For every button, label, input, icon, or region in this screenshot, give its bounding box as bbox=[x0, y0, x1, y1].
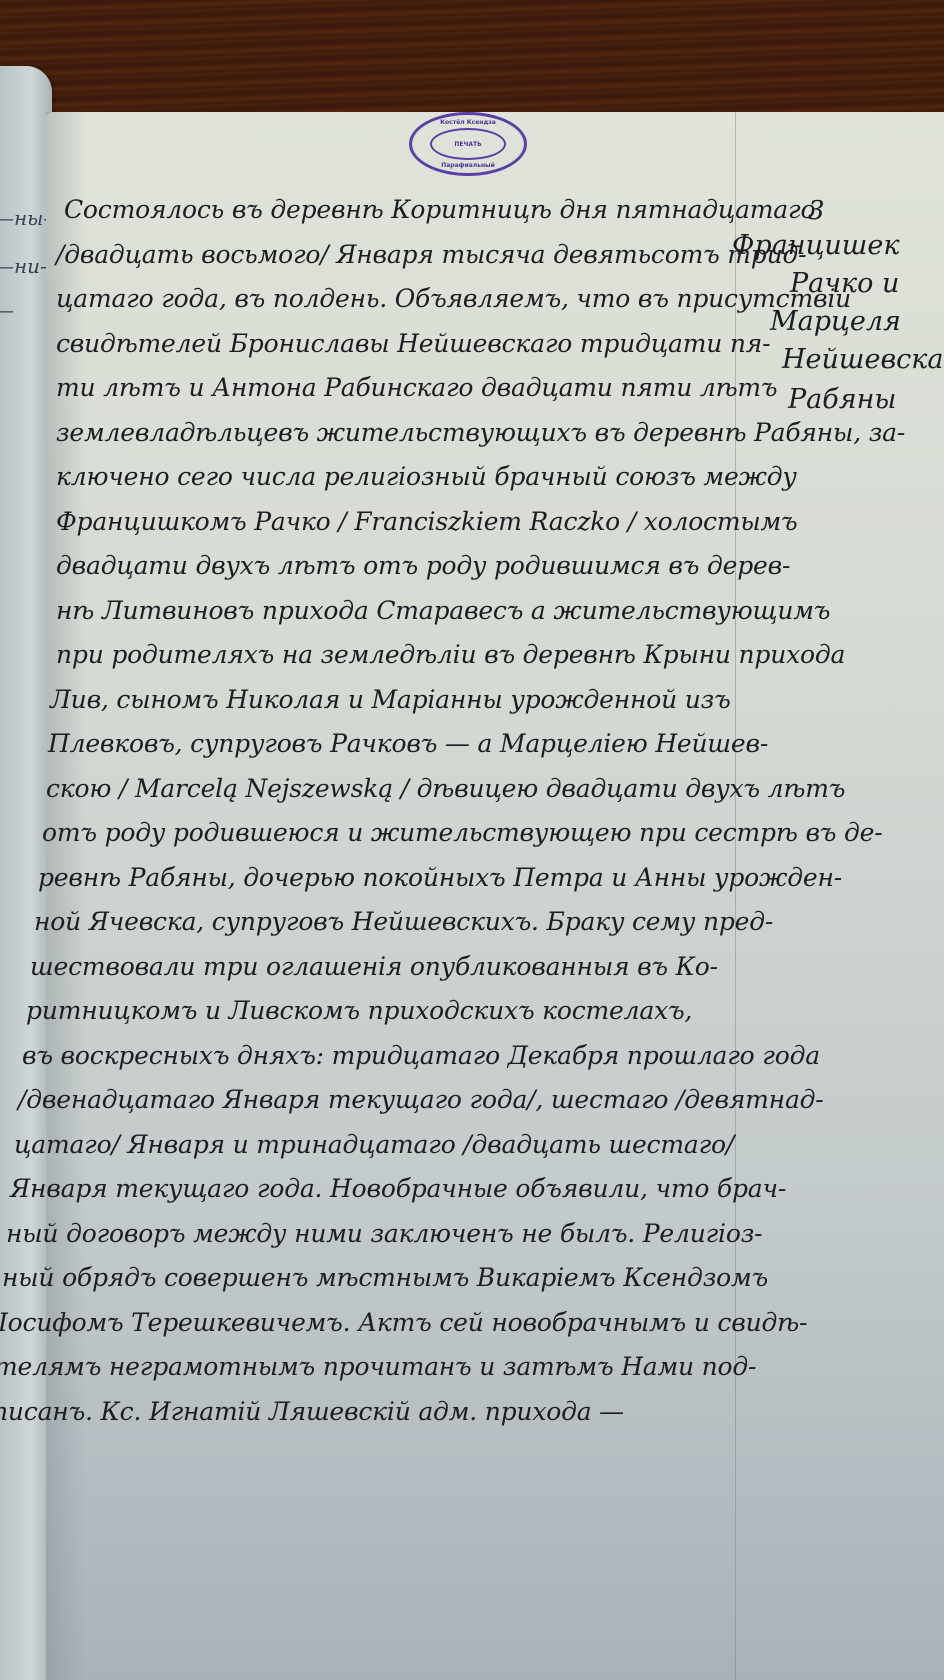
entry-line: ритницкомъ и Ливскомъ приходскихъ костел… bbox=[26, 989, 736, 1034]
wooden-table-background bbox=[0, 0, 944, 125]
stamp-bottom-text: Парафиальный bbox=[412, 162, 524, 169]
entry-line: Лив, сыномъ Николая и Маріанны урожденно… bbox=[50, 678, 736, 723]
margin-bride-surname: Нейшевская bbox=[782, 344, 944, 375]
previous-page-fragment: — bbox=[0, 298, 14, 322]
previous-page-fragment: —ны- bbox=[0, 206, 50, 230]
entry-line: ный обрядъ совершенъ мѣстнымъ Викаріемъ … bbox=[2, 1256, 736, 1301]
entry-line: ключено сего числа религіозный брачный с… bbox=[56, 455, 736, 500]
margin-groom-surname: Рачко и bbox=[790, 268, 899, 299]
entry-number: 3 bbox=[808, 196, 825, 226]
previous-page-fragment: —ни- bbox=[0, 254, 47, 278]
stamp-center-text: ПЕЧАТЬ bbox=[454, 141, 481, 148]
margin-groom-first-name: Францишек bbox=[732, 230, 899, 261]
entry-line: ной Ячевска, супруговъ Нейшевскихъ. Брак… bbox=[34, 900, 736, 945]
entry-line: въ воскресныхъ дняхъ: тридцатаго Декабря… bbox=[22, 1034, 736, 1079]
entry-line: двадцати двухъ лѣтъ отъ роду родившимся … bbox=[56, 544, 736, 589]
entry-line: свидѣтелей Брониславы Нейшевскаго тридца… bbox=[56, 322, 736, 367]
entry-line: /двенадцатаго Января текущаго года/, шес… bbox=[18, 1078, 736, 1123]
parish-stamp: Костёл Ксендза ПЕЧАТЬ Парафиальный bbox=[409, 112, 527, 176]
stamp-top-text: Костёл Ксендза bbox=[412, 119, 524, 126]
entry-line: ревнѣ Рабяны, дочерью покойныхъ Петра и … bbox=[38, 856, 736, 901]
entry-line: писанъ. Кс. Игнатій Ляшевскій адм. прихо… bbox=[0, 1390, 736, 1435]
entry-line: отъ роду родившеюся и жительствующею при… bbox=[42, 811, 736, 856]
entry-line: Плевковъ, супруговъ Рачковъ — а Марцеліе… bbox=[48, 722, 736, 767]
entry-line: нѣ Литвиновъ прихода Старавесъ а жительс… bbox=[56, 589, 736, 634]
entry-line: Францишкомъ Рачко / Franciszkiem Raczko … bbox=[56, 500, 736, 545]
entry-line: шествовали три оглашенія опубликованныя … bbox=[30, 945, 736, 990]
entry-line: ный договоръ между ними заключенъ не был… bbox=[6, 1212, 736, 1257]
register-entry-body: Состоялось въ деревнѣ Коритницѣ дня пятн… bbox=[56, 188, 736, 1434]
entry-line: Января текущаго года. Новобрачные объяви… bbox=[10, 1167, 736, 1212]
entry-line: ти лѣтъ и Антона Рабинскаго двадцати пят… bbox=[56, 366, 736, 411]
stamp-center: ПЕЧАТЬ bbox=[430, 128, 506, 160]
entry-line: Іосифомъ Терешкевичемъ. Актъ сей новобра… bbox=[0, 1301, 736, 1346]
entry-line: Состоялось въ деревнѣ Коритницѣ дня пятн… bbox=[56, 188, 736, 233]
margin-village-name: Рабяны bbox=[788, 384, 896, 415]
entry-line: телямъ неграмотнымъ прочитанъ и затѣмъ Н… bbox=[0, 1345, 736, 1390]
entry-line: при родителяхъ на земледѣліи въ деревнѣ … bbox=[56, 633, 736, 678]
entry-line: цатаго года, въ полдень. Объявляемъ, что… bbox=[56, 277, 736, 322]
margin-bride-first-name: Марцеля bbox=[770, 306, 901, 337]
entry-line: цатаго/ Января и тринадцатаго /двадцать … bbox=[14, 1123, 736, 1168]
entry-line: скою / Marcelą Nejszewską / дѣвицею двад… bbox=[46, 767, 736, 812]
entry-line: /двадцать восьмого/ Января тысяча девять… bbox=[56, 233, 736, 278]
entry-line: землевладѣльцевъ жительствующихъ въ дере… bbox=[56, 411, 736, 456]
